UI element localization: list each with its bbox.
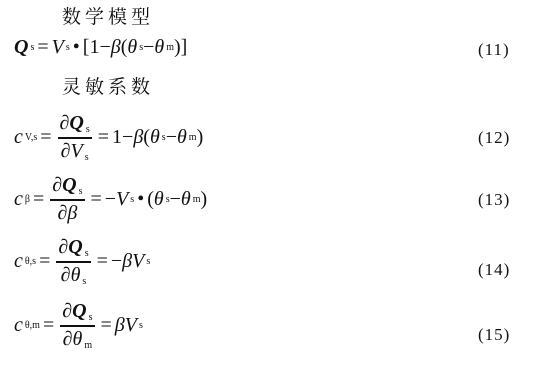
equation-15: cθ,m= ∂Qs∂θm =βVs (14, 300, 143, 351)
equation-12: cV,s= ∂Qs∂Vs =1−β(θs−θm) (14, 112, 203, 163)
fraction-dQ-dtheta-s: ∂Qs∂θs (56, 236, 90, 287)
fraction-dQ-dV: ∂Qs∂Vs (58, 112, 92, 163)
equation-number-15: (15) (478, 325, 510, 345)
heading-mathematical-model: 数学模型 (62, 2, 154, 29)
equation-11: Qs=Vs•[1−β(θs−θm)] (14, 36, 187, 59)
equation-number-14: (14) (478, 260, 510, 280)
fraction-dQ-dtheta-m: ∂Qs∂θm (60, 300, 94, 351)
equation-number-11: (11) (478, 40, 510, 60)
equation-13: cβ= ∂Qs∂β =−Vs•(θs−θm) (14, 174, 207, 225)
equation-14: cθ,s= ∂Qs∂θs =−βVs (14, 236, 150, 287)
equation-number-12: (12) (478, 128, 510, 148)
fraction-dQ-dbeta: ∂Qs∂β (50, 174, 84, 225)
equation-number-13: (13) (478, 190, 510, 210)
heading-sensitivity-coefficients: 灵敏系数 (62, 72, 154, 99)
